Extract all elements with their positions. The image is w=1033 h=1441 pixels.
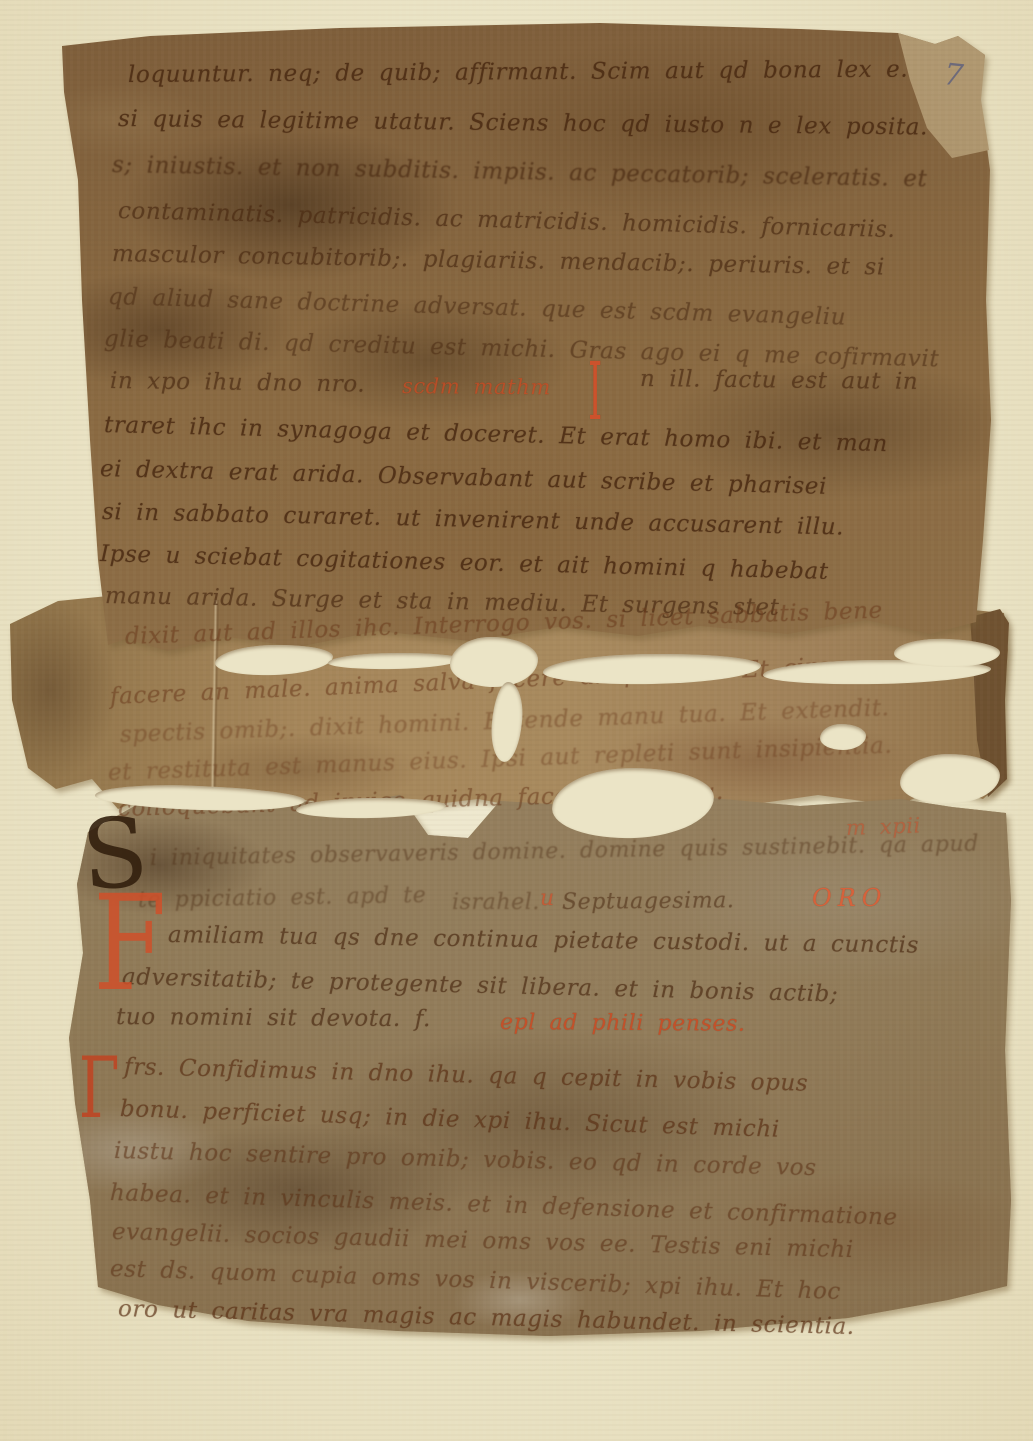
manuscript-line: glie beati di. qd creditu est michi. Gra…	[104, 326, 940, 372]
manuscript-line: te ppiciatio est. apd te	[138, 883, 427, 913]
season-heading: Septuagesima.	[562, 888, 735, 915]
manuscript-line: israhel.	[452, 890, 540, 915]
red-initial-f: F	[93, 878, 166, 1010]
manuscript-line: si quis ea legitime utatur. Sciens hoc q…	[118, 106, 928, 140]
folio-number: 7	[942, 57, 965, 94]
manuscript-line: in xpo ihu dno nro.	[110, 368, 366, 398]
manuscript-line: n ill. factu est aut in	[640, 366, 919, 395]
manuscript-line: s; iniustis. et non subditis. impiis. ac…	[112, 152, 928, 192]
manuscript-line: oro ut caritas vra magis ac magis habund…	[118, 1296, 855, 1340]
epistle-rubric: epl ad phili penses.	[500, 1010, 746, 1037]
manuscript-line: traret ihc in synagoga et doceret. Et er…	[104, 412, 888, 457]
manuscript-line: ei dextra erat arida. Observabant aut sc…	[100, 456, 828, 500]
manuscript-line: contaminatis. patricidis. ac matricidis.…	[118, 198, 896, 243]
manuscript-line: masculor concubitorib;. plagiariis. mend…	[112, 241, 885, 280]
manuscript-line: amiliam tua qs dne continua pietate cust…	[168, 922, 919, 958]
manuscript-line: qd aliud sane doctrine adversat. que est…	[108, 284, 847, 331]
manuscript-line: si in sabbato curaret. ut invenirent und…	[102, 499, 845, 541]
verse-mark: u	[540, 886, 555, 911]
manuscript-line: loquuntur. neq; de quib; affirmant. Scim…	[128, 57, 908, 88]
manuscript-line: iustu hoc sentire pro omib; vobis. eo qd…	[114, 1138, 817, 1181]
manuscript-line: Ipse u sciebat cogitationes eor. et ait …	[100, 541, 829, 585]
oratio-label: ORO	[812, 884, 887, 912]
gospel-rubric: scdm mathm	[402, 374, 551, 399]
manuscript-line: frs. Confidimus in dno ihu. qa q cepit i…	[124, 1054, 809, 1097]
manuscript-line: adversitatib; te protegente sit libera. …	[122, 964, 839, 1007]
manuscript-line: i iniquitates observaveris domine. domin…	[150, 832, 979, 871]
red-initial-partial: Γ	[79, 1046, 120, 1130]
red-initial-i: I	[588, 352, 602, 432]
manuscript-line: bonu. perficiet usq; in die xpi ihu. Sic…	[120, 1096, 781, 1143]
manuscript-photo: loquuntur. neq; de quib; affirmant. Scim…	[0, 0, 1033, 1441]
